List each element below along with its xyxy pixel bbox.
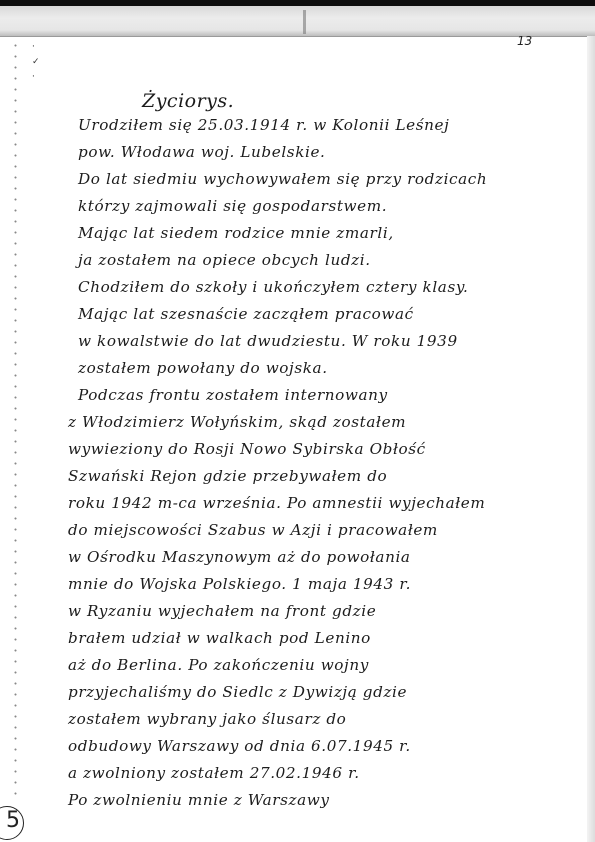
- document-title: Życiorys.: [142, 90, 234, 112]
- handwritten-line: Mając lat szesnaście zacząłem pracować: [40, 301, 540, 328]
- handwritten-line: Urodziłem się 25.03.1914 r. w Kolonii Le…: [40, 112, 540, 139]
- handwritten-line: Po zwolnieniu mnie z Warszawy: [40, 787, 540, 814]
- handwritten-line: zostałem powołany do wojska.: [40, 355, 540, 382]
- handwritten-line: zostałem wybrany jako ślusarz do: [40, 706, 540, 733]
- handwritten-line: Chodziłem do szkoły i ukończyłem cztery …: [40, 274, 540, 301]
- handwritten-line: przyjechaliśmy do Siedlc z Dywizją gdzie: [40, 679, 540, 706]
- handwritten-line: którzy zajmowali się gospodarstwem.: [40, 193, 540, 220]
- handwritten-line: mnie do Wojska Polskiego. 1 maja 1943 r.: [40, 571, 540, 598]
- handwritten-line: Mając lat siedem rodzice mnie zmarli,: [40, 220, 540, 247]
- handwritten-body: Urodziłem się 25.03.1914 r. w Kolonii Le…: [40, 112, 540, 814]
- handwritten-line: odbudowy Warszawy od dnia 6.07.1945 r.: [40, 733, 540, 760]
- handwritten-line: Do lat siedmiu wychowywałem się przy rod…: [40, 166, 540, 193]
- handwritten-line: w Ośrodku Maszynowym aż do powołania: [40, 544, 540, 571]
- handwritten-line: roku 1942 m-ca września. Po amnestii wyj…: [40, 490, 540, 517]
- archive-page-reference: 13: [517, 34, 532, 48]
- handwritten-line: aż do Berlina. Po zakończeniu wojny: [40, 652, 540, 679]
- scanner-edge-strip: [0, 6, 595, 37]
- page-right-edge: [587, 36, 595, 842]
- handwritten-line: do miejscowości Szabus w Azji i pracował…: [40, 517, 540, 544]
- handwritten-line: brałem udział w walkach pod Lenino: [40, 625, 540, 652]
- handwritten-line: z Włodzimierz Wołyńskim, skąd zostałem: [40, 409, 540, 436]
- binding-mark: [303, 10, 306, 34]
- handwritten-line: Szwański Rejon gdzie przebywałem do: [40, 463, 540, 490]
- handwritten-line: wywieziony do Rosji Nowo Sybirska Obłość: [40, 436, 540, 463]
- handwritten-line: pow. Włodawa woj. Lubelskie.: [40, 139, 540, 166]
- handwritten-line: Podczas frontu zostałem internowany: [40, 382, 540, 409]
- handwritten-line: a zwolniony zostałem 27.02.1946 r.: [40, 760, 540, 787]
- margin-marks: ·✓·: [32, 40, 40, 85]
- handwritten-line: ja zostałem na opiece obcych ludzi.: [40, 247, 540, 274]
- left-margin-perforation: [14, 40, 17, 800]
- handwritten-line: w kowalstwie do lat dwudziestu. W roku 1…: [40, 328, 540, 355]
- handwritten-line: w Ryzaniu wyjechałem na front gdzie: [40, 598, 540, 625]
- page-number: 5: [6, 808, 20, 833]
